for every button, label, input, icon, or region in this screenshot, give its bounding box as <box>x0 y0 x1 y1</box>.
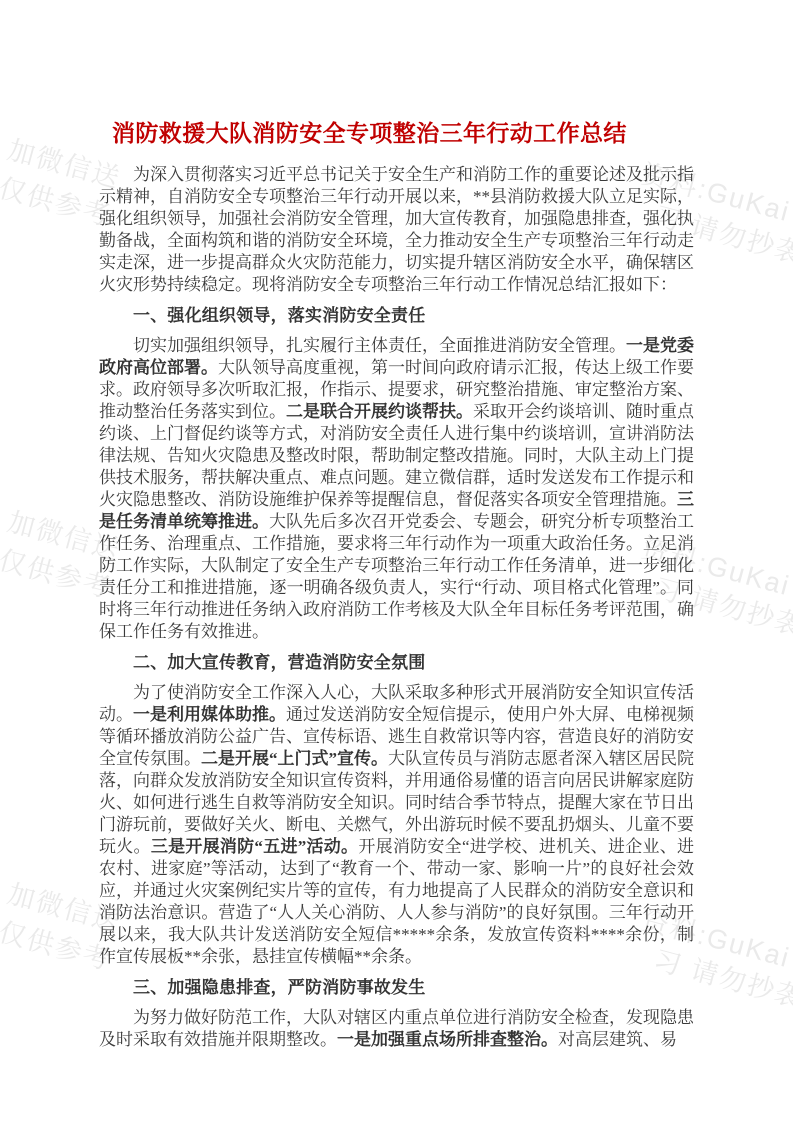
section-heading: 三、加强隐患排查，严防消防事故发生 <box>99 977 694 999</box>
document-body: 为深入贯彻落实习近平总书记关于安全生产和消防工作的重要论述及批示指示精神，自消防… <box>99 164 694 1051</box>
text-run: 切实加强组织领导，扎实履行主体责任，全面推进消防安全管理。 <box>133 336 626 355</box>
text-run: 开展消防安全“进学校、进机关、进企业、进农村、进家庭”等活动，达到了“教育一个、… <box>99 837 694 966</box>
text-run: 为深入贯彻落实习近平总书记关于安全生产和消防工作的重要论述及批示指示精神，自消防… <box>99 165 694 294</box>
bold-run: 二是联合开展约谈帮扶。 <box>286 402 473 421</box>
body-paragraph: 为努力做好防范工作，大队对辖区内重点单位进行消防安全检查，发现隐患及时采取有效措… <box>99 1007 694 1051</box>
document-title: 消防救援大队消防安全专项整治三年行动工作总结 <box>112 118 694 148</box>
bold-run: 一是加强重点场所排查整治。 <box>337 1030 558 1049</box>
body-paragraph: 为了使消防安全工作深入人心，大队采取多种形式开展消防安全知识宣传活动。一是利用媒… <box>99 682 694 968</box>
section-heading: 二、加大宣传教育，营造消防安全氛围 <box>99 652 694 674</box>
text-run: 对高层建筑、易 <box>558 1030 677 1049</box>
bold-run: 二是开展“上门式”宣传。 <box>201 749 388 768</box>
bold-run: 三是开展消防“五进”活动。 <box>151 837 359 856</box>
document-content: 消防救援大队消防安全专项整治三年行动工作总结 为深入贯彻落实习近平总书记关于安全… <box>99 118 694 1051</box>
body-paragraph: 为深入贯彻落实习近平总书记关于安全生产和消防工作的重要论述及批示指示精神，自消防… <box>99 164 694 296</box>
section-heading: 一、强化组织领导，落实消防安全责任 <box>99 305 694 327</box>
bold-run: 一是利用媒体助推。 <box>133 705 286 724</box>
text-run: 大队先后多次召开党委会、专题会，研究分析专项整治工作任务、治理重点、工作措施，要… <box>99 512 694 641</box>
document-page: 加微信送 仅供参考 资料:GuKai 习 请勿抄袭 加微信送 仅供参考 资料:G… <box>0 0 793 1122</box>
body-paragraph: 切实加强组织领导，扎实履行主体责任，全面推进消防安全管理。一是党委政府高位部署。… <box>99 335 694 643</box>
